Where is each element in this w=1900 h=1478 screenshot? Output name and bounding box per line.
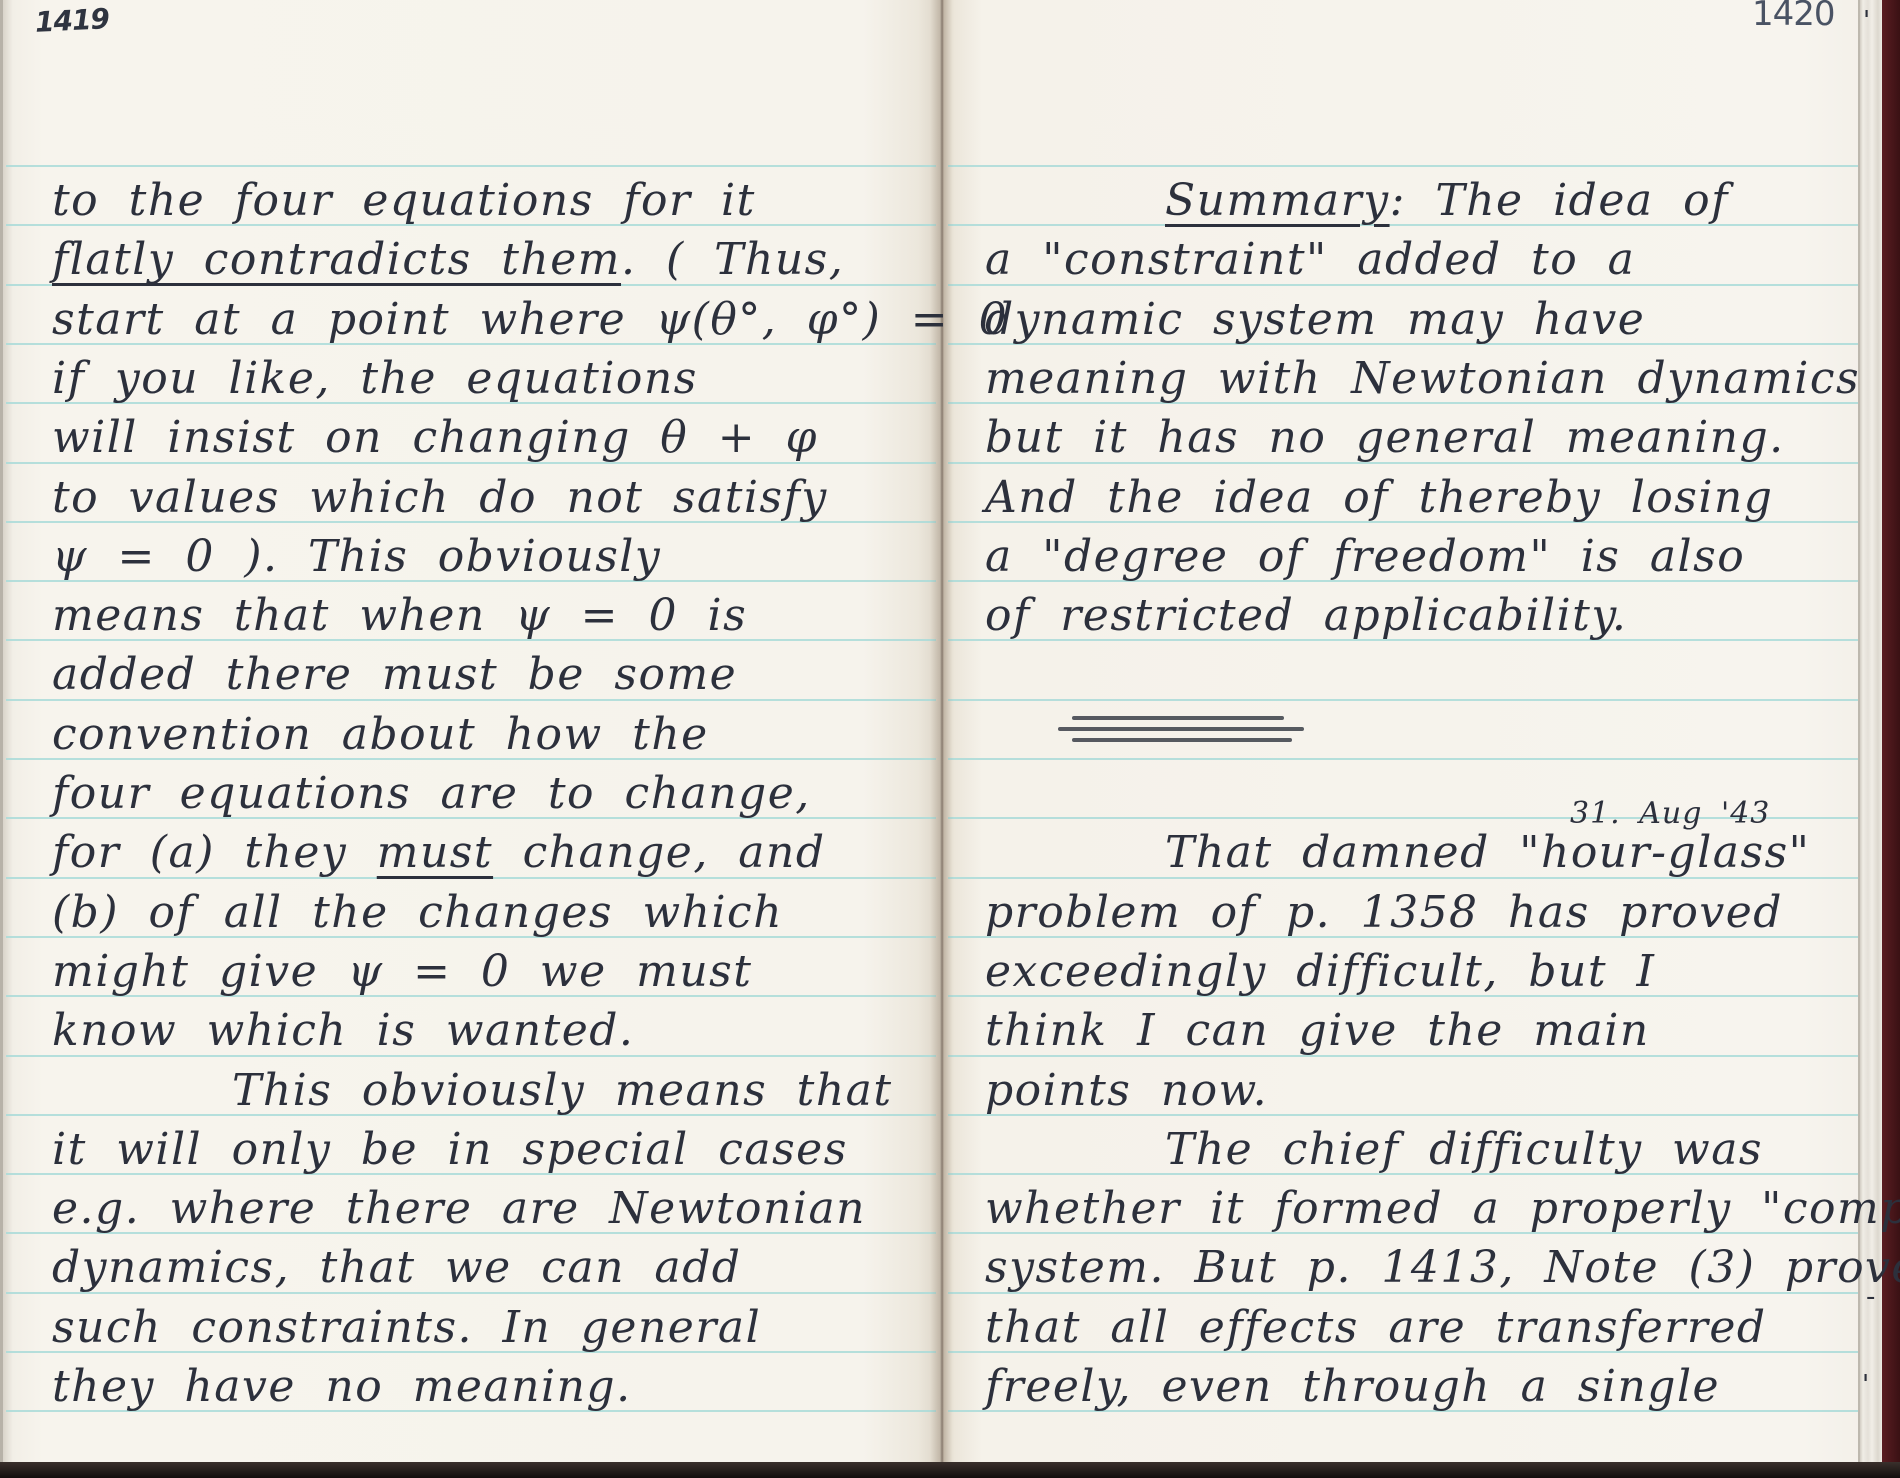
page-number-right: 1420	[1752, 0, 1835, 34]
margin-mark: '	[1863, 6, 1870, 36]
handwritten-line: means that when ψ = 0 is	[52, 594, 747, 638]
notebook-spread: 1419 1420 to the four equations for itfl…	[0, 0, 1900, 1468]
handwritten-line: such constraints. In general	[52, 1306, 761, 1350]
handwritten-line: added there must be some	[52, 653, 737, 697]
handwritten-line: And the idea of thereby losing	[985, 476, 1773, 520]
underlined-text: flatly contradicts them	[52, 234, 621, 285]
handwritten-line: that all effects are transferred	[985, 1306, 1767, 1350]
book-bottom-edge	[0, 1462, 1900, 1478]
handwritten-line: exceedingly difficult, but I	[985, 950, 1655, 994]
handwritten-line: The chief difficulty was	[985, 1128, 1763, 1172]
entry-date: 31. Aug '43	[1570, 796, 1770, 831]
handwritten-line: if you like, the equations	[52, 357, 698, 401]
handwritten-line: four equations are to change,	[52, 772, 811, 816]
handwritten-line: a "degree of freedom" is also	[985, 535, 1745, 579]
handwritten-line: dynamics, that we can add	[52, 1246, 741, 1290]
handwritten-line: to the four equations for it	[52, 179, 756, 223]
handwritten-line: flatly contradicts them. ( Thus,	[52, 238, 844, 282]
handwritten-line: will insist on changing θ + φ	[52, 416, 818, 460]
handwritten-line: they have no meaning.	[52, 1365, 632, 1409]
line-text: . ( Thus,	[621, 234, 844, 285]
handwritten-line: might give ψ = 0 we must	[52, 950, 752, 994]
handwritten-line: know which is wanted.	[52, 1009, 634, 1053]
handwritten-line: freely, even through a single	[985, 1365, 1720, 1409]
handwritten-line: Summary: The idea of	[985, 179, 1729, 223]
handwritten-line: for (a) they must change, and	[52, 831, 826, 875]
line-text: for (a) they	[52, 827, 377, 878]
handwritten-line: dynamic system may have	[985, 298, 1645, 342]
page-number-left: 1419	[34, 2, 110, 39]
handwritten-line: (b) of all the changes which	[52, 891, 783, 935]
underlined-text: Summary	[1165, 175, 1390, 226]
section-separator	[1058, 714, 1298, 744]
underlined-text: must	[377, 827, 493, 878]
handwritten-line: problem of p. 1358 has proved	[985, 891, 1783, 935]
handwritten-line: This obviously means that	[52, 1069, 893, 1113]
handwritten-line: meaning with Newtonian dynamics	[985, 357, 1860, 401]
handwritten-line: points now.	[985, 1069, 1268, 1113]
handwritten-line: of restricted applicability.	[985, 594, 1627, 638]
handwritten-line: e.g. where there are Newtonian	[52, 1187, 866, 1231]
handwritten-line: start at a point where ψ(θ°, φ°) = 0	[52, 298, 1008, 342]
handwritten-line: but it has no general meaning.	[985, 416, 1785, 460]
line-text: : The idea of	[1390, 175, 1729, 226]
handwritten-line: it will only be in special cases	[52, 1128, 848, 1172]
handwritten-line: a "constraint" added to a	[985, 238, 1635, 282]
margin-mark: '	[1862, 1370, 1869, 1400]
handwritten-line: convention about how the	[52, 713, 709, 757]
handwritten-line: whether it formed a properly "complete"	[985, 1187, 1900, 1231]
line-text: change, and	[493, 827, 825, 878]
handwritten-line: to values which do not satisfy	[52, 476, 828, 520]
handwritten-line: That damned "hour-glass"	[985, 831, 1810, 875]
handwritten-line: ψ = 0 ). This obviously	[52, 535, 661, 579]
handwritten-line: think I can give the main	[985, 1009, 1650, 1053]
margin-mark: -	[1866, 1282, 1875, 1312]
handwritten-line: system. But p. 1413, Note (3) proves	[985, 1246, 1900, 1290]
